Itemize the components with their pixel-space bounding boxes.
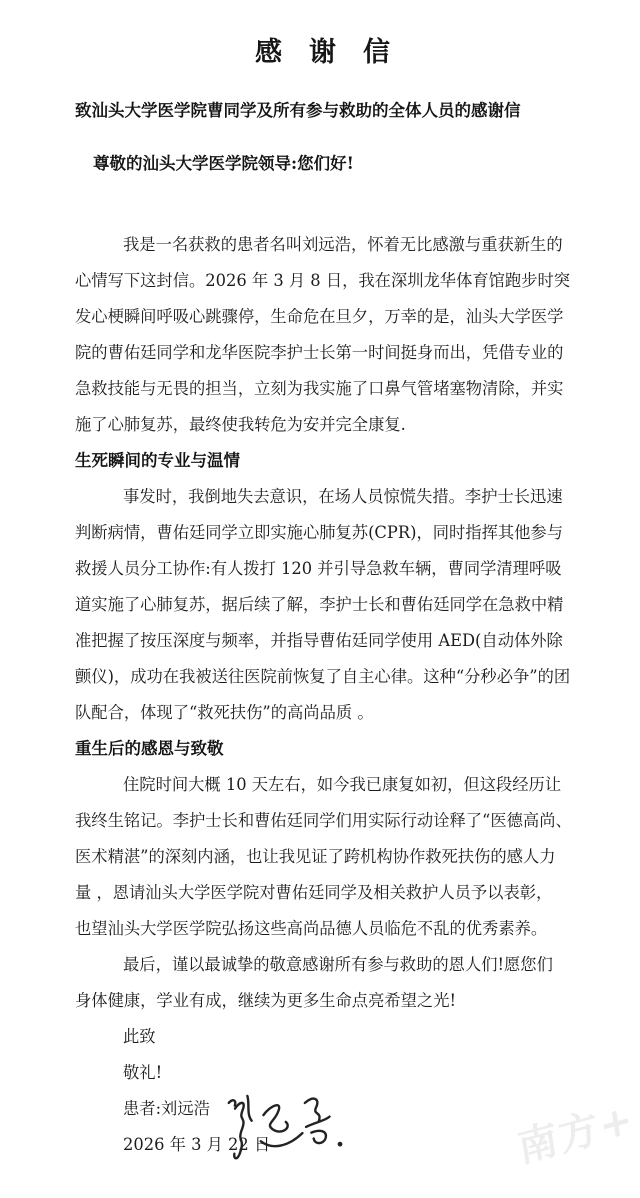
- section-heading-gratitude: 重生后的感恩与致敬: [75, 731, 570, 767]
- paragraph-rescue-details: 事发时，我倒地失去意识，在场人员惊慌失措。李护士长迅速 判断病情，曹佑廷同学立即…: [75, 479, 570, 731]
- closing-cizhi: 此致: [123, 1019, 570, 1055]
- letter-body: 感 谢 信 致汕头大学医学院曹同学及所有参与救助的全体人员的感谢信 尊敬的汕头大…: [0, 0, 640, 1163]
- paragraph-gratitude: 住院时间大概 10 天左右，如今我已康复如初，但这段经历让 我终生铭记。李护士长…: [75, 767, 570, 947]
- letter-document: 感 谢 信 致汕头大学医学院曹同学及所有参与救助的全体人员的感谢信 尊敬的汕头大…: [0, 0, 640, 1198]
- letter-salutation: 尊敬的汕头大学医学院领导:您们好!: [75, 153, 570, 175]
- closing-jingli: 敬礼!: [123, 1055, 570, 1091]
- letter-title: 感 谢 信: [75, 34, 570, 72]
- letter-subtitle: 致汕头大学医学院曹同学及所有参与救助的全体人员的感谢信: [75, 100, 570, 122]
- handwritten-signature: [220, 1081, 350, 1171]
- section-heading-rescue: 生死瞬间的专业与温情: [75, 443, 570, 479]
- paragraph-opening: 我是一名获救的患者名叫刘远浩，怀着无比感激与重获新生的 心情写下这封信。2026…: [75, 227, 570, 443]
- paragraph-closing-wishes: 最后，谨以最诚挚的敬意感谢所有参与救助的恩人们!愿您们 身体健康，学业有成，继续…: [75, 947, 570, 1019]
